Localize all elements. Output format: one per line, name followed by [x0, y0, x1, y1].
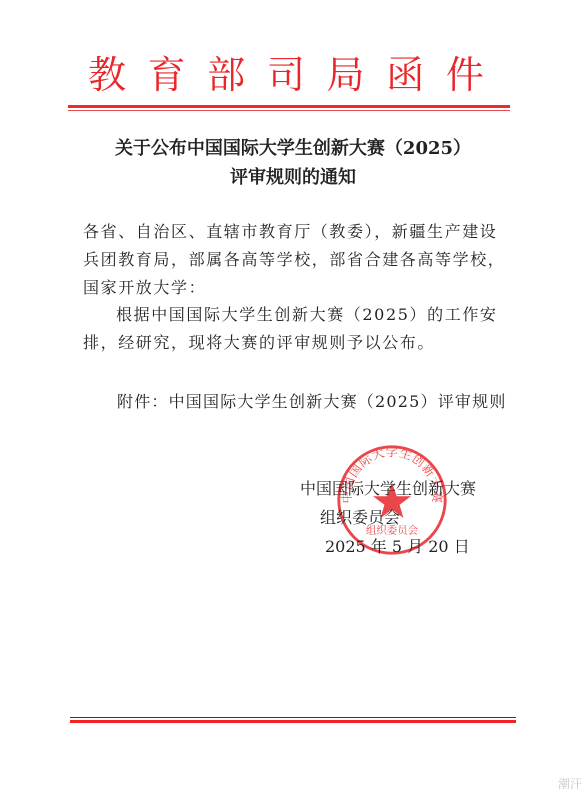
header-divider-thick: [68, 105, 510, 108]
signature-organization: 中国国际大学生创新大赛: [290, 474, 490, 503]
letterhead-char: 件: [444, 44, 486, 99]
letterhead-char: 局: [325, 44, 367, 99]
signature-block: 中国国际大学生创新大赛 组织委员会 2025 年 5 月 20 日: [290, 474, 490, 561]
signature-committee: 组织委员会: [290, 503, 490, 532]
letterhead-char: 育: [146, 44, 188, 99]
footer-divider-thin: [70, 717, 516, 718]
letterhead-char: 教: [86, 44, 128, 99]
document-title-line-2: 评审规则的通知: [60, 163, 526, 192]
letterhead-char: 部: [205, 44, 247, 99]
letterhead-title: 教 育 部 司 局 函 件: [86, 48, 486, 94]
watermark: 潮汗: [558, 775, 582, 792]
document-title-line-1: 关于公布中国国际大学生创新大赛（2025）: [60, 134, 526, 163]
letterhead-char: 司: [265, 44, 307, 99]
header-divider-thin: [68, 110, 510, 111]
attachment-note: 附件：中国国际大学生创新大赛（2025）评审规则: [117, 388, 517, 416]
letterhead-char: 函: [384, 44, 426, 99]
document-title: 关于公布中国国际大学生创新大赛（2025） 评审规则的通知: [60, 134, 526, 192]
addressee: 各省、自治区、直辖市教育厅（教委），新疆生产建设兵团教育局，部属各高等学校，部省…: [83, 218, 513, 302]
body-paragraph: 根据中国国际大学生创新大赛（2025）的工作安排，经研究，现将大赛的评审规则予以…: [83, 301, 513, 357]
signature-date: 2025 年 5 月 20 日: [290, 532, 490, 561]
footer-divider-thick: [70, 720, 516, 723]
